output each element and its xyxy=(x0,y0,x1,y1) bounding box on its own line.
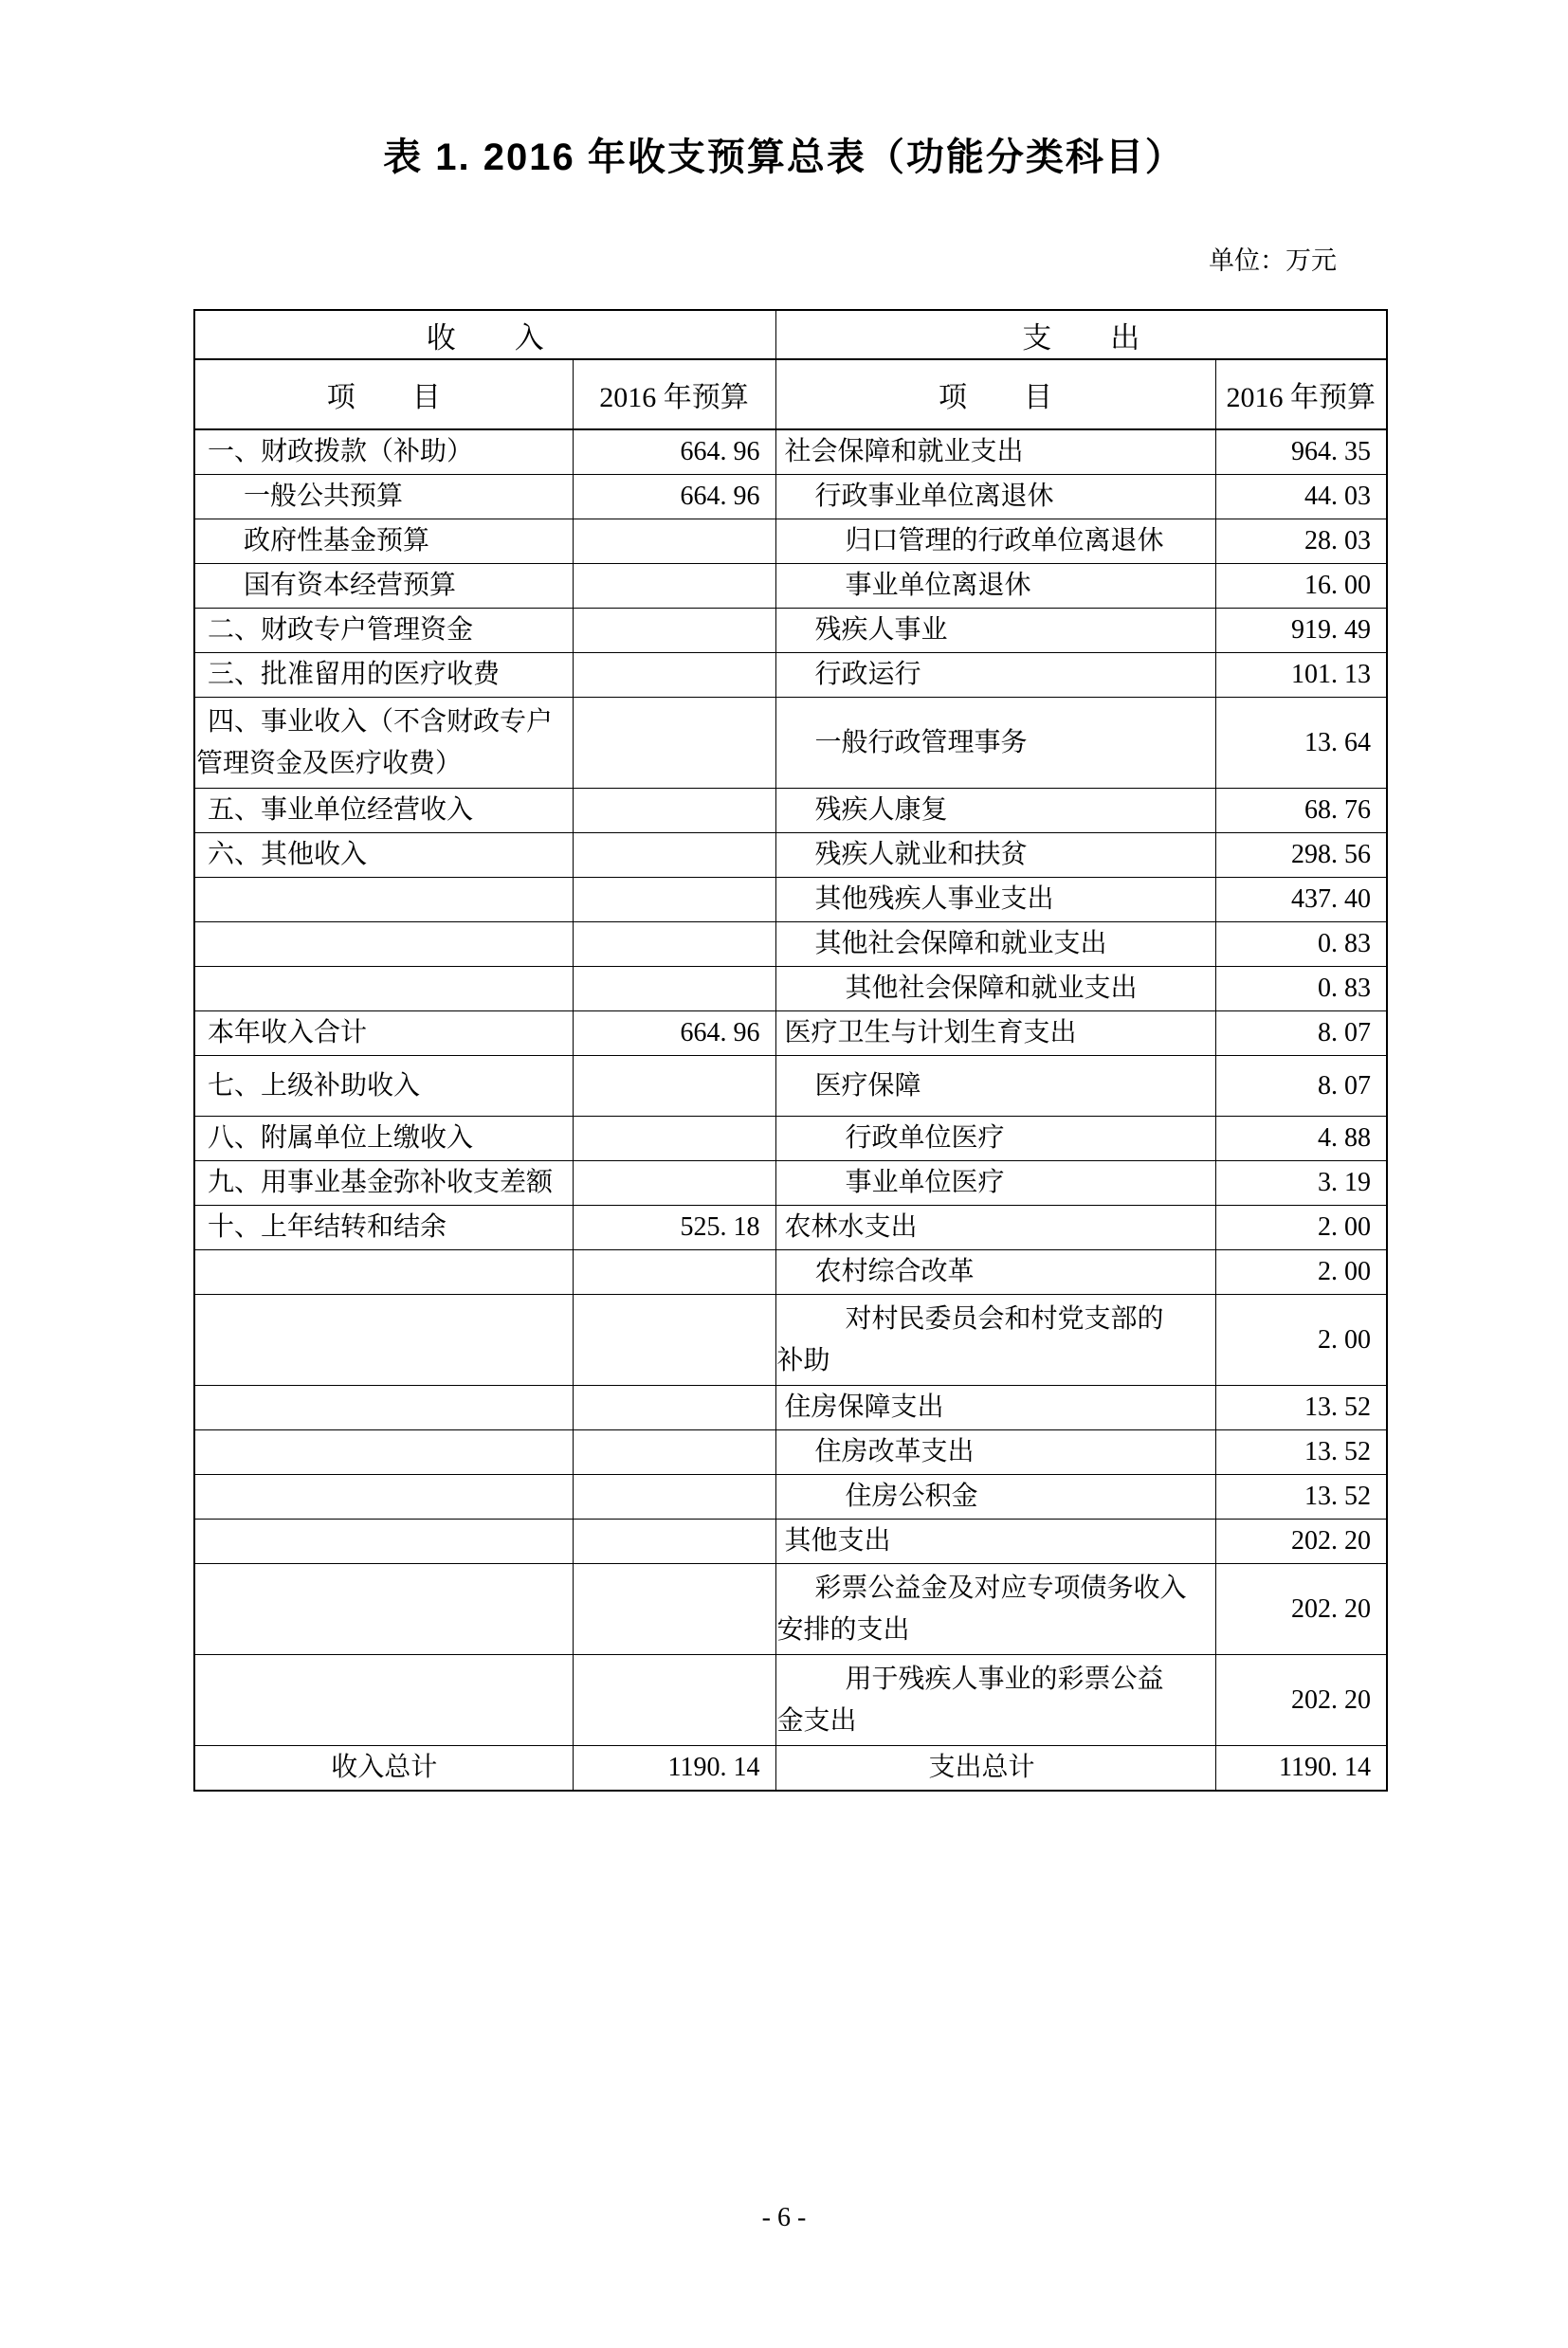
table-row: 对村民委员会和村党支部的补助 2. 00 xyxy=(194,1295,1387,1386)
income-item-cell xyxy=(194,1655,573,1746)
expense-value-cell: 68. 76 xyxy=(1215,789,1387,833)
income-item-cell: 政府性基金预算 xyxy=(194,519,573,564)
expense-item-cell: 事业单位医疗 xyxy=(775,1161,1215,1206)
document-page: { "page": { "title": "表 1. 2016 年收支预算总表（… xyxy=(0,131,1568,2348)
income-item-cell xyxy=(194,1250,573,1295)
table-row: 九、用事业基金弥补收支差额 事业单位医疗 3. 19 xyxy=(194,1161,1387,1206)
expense-value-cell: 437. 40 xyxy=(1215,878,1387,922)
income-value-cell xyxy=(573,1430,775,1475)
table-row: 收入总计 1190. 14 支出总计 1190. 14 xyxy=(194,1746,1387,1792)
expense-item-cell: 归口管理的行政单位离退休 xyxy=(775,519,1215,564)
expense-value-cell: 298. 56 xyxy=(1215,833,1387,878)
income-item-cell xyxy=(194,1475,573,1520)
expense-value-cell: 8. 07 xyxy=(1215,1011,1387,1056)
income-value-cell xyxy=(573,1475,775,1520)
income-value-cell xyxy=(573,609,775,653)
expense-value-cell: 13. 52 xyxy=(1215,1386,1387,1430)
income-value-cell xyxy=(573,519,775,564)
expense-item-cell: 残疾人就业和扶贫 xyxy=(775,833,1215,878)
table-row: 五、事业单位经营收入 残疾人康复 68. 76 xyxy=(194,789,1387,833)
expense-item-cell: 农林水支出 xyxy=(775,1206,1215,1250)
income-item-cell: 五、事业单位经营收入 xyxy=(194,789,573,833)
table-row: 农村综合改革 2. 00 xyxy=(194,1250,1387,1295)
table-row: 四、事业收入（不含财政专户管理资金及医疗收费） 一般行政管理事务 13. 64 xyxy=(194,698,1387,789)
expense-item-cell: 彩票公益金及对应专项债务收入安排的支出 xyxy=(775,1564,1215,1655)
expense-value-cell: 4. 88 xyxy=(1215,1117,1387,1161)
table-row: 住房改革支出 13. 52 xyxy=(194,1430,1387,1475)
expense-value-cell: 919. 49 xyxy=(1215,609,1387,653)
expense-item-cell: 住房改革支出 xyxy=(775,1430,1215,1475)
page-number: - 6 - xyxy=(0,2203,1568,2233)
income-value-cell xyxy=(573,967,775,1011)
table-row: 六、其他收入 残疾人就业和扶贫 298. 56 xyxy=(194,833,1387,878)
expense-item-cell: 残疾人事业 xyxy=(775,609,1215,653)
expense-value-cell: 28. 03 xyxy=(1215,519,1387,564)
income-value-cell xyxy=(573,564,775,609)
table-row: 政府性基金预算 归口管理的行政单位离退休 28. 03 xyxy=(194,519,1387,564)
expense-item-cell: 事业单位离退休 xyxy=(775,564,1215,609)
income-value-cell xyxy=(573,1386,775,1430)
expense-item-cell: 其他残疾人事业支出 xyxy=(775,878,1215,922)
table-row: 其他残疾人事业支出 437. 40 xyxy=(194,878,1387,922)
expense-value-cell: 101. 13 xyxy=(1215,653,1387,698)
table-row: 国有资本经营预算 事业单位离退休 16. 00 xyxy=(194,564,1387,609)
income-item-cell xyxy=(194,922,573,967)
table-row: 其他社会保障和就业支出 0. 83 xyxy=(194,922,1387,967)
income-value-cell xyxy=(573,1161,775,1206)
expense-value-cell: 0. 83 xyxy=(1215,967,1387,1011)
income-item-cell: 本年收入合计 xyxy=(194,1011,573,1056)
expense-value-cell: 202. 20 xyxy=(1215,1655,1387,1746)
income-item-cell xyxy=(194,1564,573,1655)
income-value-cell: 664. 96 xyxy=(573,475,775,519)
table-row: 三、批准留用的医疗收费 行政运行 101. 13 xyxy=(194,653,1387,698)
expense-value-cell: 13. 52 xyxy=(1215,1430,1387,1475)
income-item-cell xyxy=(194,878,573,922)
income-value-cell: 525. 18 xyxy=(573,1206,775,1250)
income-item-cell: 七、上级补助收入 xyxy=(194,1056,573,1117)
expense-value-cell: 16. 00 xyxy=(1215,564,1387,609)
expense-item-cell: 残疾人康复 xyxy=(775,789,1215,833)
expense-item-cell: 一般行政管理事务 xyxy=(775,698,1215,789)
expense-value-cell: 964. 35 xyxy=(1215,429,1387,475)
income-item-cell: 二、财政专户管理资金 xyxy=(194,609,573,653)
income-value-cell xyxy=(573,1295,775,1386)
table-row: 一般公共预算 664. 96 行政事业单位离退休 44. 03 xyxy=(194,475,1387,519)
income-value-cell xyxy=(573,1655,775,1746)
income-item-cell: 八、附属单位上缴收入 xyxy=(194,1117,573,1161)
expense-item-cell: 住房公积金 xyxy=(775,1475,1215,1520)
expense-item-cell: 社会保障和就业支出 xyxy=(775,429,1215,475)
table-row: 七、上级补助收入 医疗保障 8. 07 xyxy=(194,1056,1387,1117)
table-row: 住房公积金 13. 52 xyxy=(194,1475,1387,1520)
income-item-cell: 十、上年结转和结余 xyxy=(194,1206,573,1250)
income-item-cell: 四、事业收入（不含财政专户管理资金及医疗收费） xyxy=(194,698,573,789)
expense-value-cell: 2. 00 xyxy=(1215,1250,1387,1295)
income-item-cell xyxy=(194,1430,573,1475)
expense-value-cell: 3. 19 xyxy=(1215,1161,1387,1206)
income-value-cell: 664. 96 xyxy=(573,1011,775,1056)
budget-table: 收 入 支 出 项 目 2016 年预算 项 目 2016 年预算 一、财政拨款… xyxy=(193,309,1388,1792)
table-row: 彩票公益金及对应专项债务收入安排的支出 202. 20 xyxy=(194,1564,1387,1655)
expense-value-cell: 1190. 14 xyxy=(1215,1746,1387,1792)
table-row: 十、上年结转和结余 525. 18 农林水支出 2. 00 xyxy=(194,1206,1387,1250)
income-value-cell xyxy=(573,698,775,789)
expense-item-cell: 住房保障支出 xyxy=(775,1386,1215,1430)
expense-item-cell: 农村综合改革 xyxy=(775,1250,1215,1295)
income-value-cell xyxy=(573,922,775,967)
expense-item-cell: 用于残疾人事业的彩票公益金支出 xyxy=(775,1655,1215,1746)
page-title: 表 1. 2016 年收支预算总表（功能分类科目） xyxy=(0,131,1568,184)
income-value-cell: 1190. 14 xyxy=(573,1746,775,1792)
expense-item-cell: 行政运行 xyxy=(775,653,1215,698)
expense-item-cell: 对村民委员会和村党支部的补助 xyxy=(775,1295,1215,1386)
income-value-cell: 664. 96 xyxy=(573,429,775,475)
expense-section-header: 支 出 xyxy=(775,310,1387,359)
income-item-cell xyxy=(194,1520,573,1564)
income-value-cell xyxy=(573,1250,775,1295)
table-row: 住房保障支出 13. 52 xyxy=(194,1386,1387,1430)
expense-value-cell: 13. 52 xyxy=(1215,1475,1387,1520)
expense-item-cell: 其他支出 xyxy=(775,1520,1215,1564)
expense-value-cell: 8. 07 xyxy=(1215,1056,1387,1117)
expense-value-cell: 2. 00 xyxy=(1215,1206,1387,1250)
income-item-column-header: 项 目 xyxy=(194,359,573,429)
expense-value-cell: 0. 83 xyxy=(1215,922,1387,967)
expense-item-cell: 医疗保障 xyxy=(775,1056,1215,1117)
table-row: 其他社会保障和就业支出 0. 83 xyxy=(194,967,1387,1011)
table-row: 一、财政拨款（补助） 664. 96 社会保障和就业支出 964. 35 xyxy=(194,429,1387,475)
table-row: 二、财政专户管理资金 残疾人事业 919. 49 xyxy=(194,609,1387,653)
table-row: 八、附属单位上缴收入 行政单位医疗 4. 88 xyxy=(194,1117,1387,1161)
expense-item-cell: 支出总计 xyxy=(775,1746,1215,1792)
expense-item-cell: 其他社会保障和就业支出 xyxy=(775,922,1215,967)
income-item-cell: 国有资本经营预算 xyxy=(194,564,573,609)
income-value-cell xyxy=(573,1056,775,1117)
income-value-cell xyxy=(573,789,775,833)
expense-value-cell: 13. 64 xyxy=(1215,698,1387,789)
income-value-cell xyxy=(573,1564,775,1655)
unit-label: 单位：万元 xyxy=(0,245,1386,277)
expense-value-cell: 202. 20 xyxy=(1215,1564,1387,1655)
expense-value-cell: 2. 00 xyxy=(1215,1295,1387,1386)
income-item-cell: 一般公共预算 xyxy=(194,475,573,519)
income-value-cell xyxy=(573,1520,775,1564)
expense-value-cell: 202. 20 xyxy=(1215,1520,1387,1564)
income-item-cell xyxy=(194,967,573,1011)
expense-item-cell: 行政事业单位离退休 xyxy=(775,475,1215,519)
income-value-cell xyxy=(573,1117,775,1161)
income-value-cell xyxy=(573,878,775,922)
income-item-cell: 六、其他收入 xyxy=(194,833,573,878)
expense-budget-column-header: 2016 年预算 xyxy=(1215,359,1387,429)
expense-item-cell: 其他社会保障和就业支出 xyxy=(775,967,1215,1011)
income-section-header: 收 入 xyxy=(194,310,775,359)
expense-item-cell: 医疗卫生与计划生育支出 xyxy=(775,1011,1215,1056)
income-value-cell xyxy=(573,833,775,878)
income-item-cell xyxy=(194,1295,573,1386)
table-row: 本年收入合计 664. 96 医疗卫生与计划生育支出 8. 07 xyxy=(194,1011,1387,1056)
section-header-row: 收 入 支 出 xyxy=(194,310,1387,359)
income-item-cell: 收入总计 xyxy=(194,1746,573,1792)
income-item-cell xyxy=(194,1386,573,1430)
income-item-cell: 一、财政拨款（补助） xyxy=(194,429,573,475)
column-header-row: 项 目 2016 年预算 项 目 2016 年预算 xyxy=(194,359,1387,429)
income-budget-column-header: 2016 年预算 xyxy=(573,359,775,429)
expense-item-column-header: 项 目 xyxy=(775,359,1215,429)
table-row: 用于残疾人事业的彩票公益金支出 202. 20 xyxy=(194,1655,1387,1746)
expense-item-cell: 行政单位医疗 xyxy=(775,1117,1215,1161)
income-value-cell xyxy=(573,653,775,698)
income-item-cell: 九、用事业基金弥补收支差额 xyxy=(194,1161,573,1206)
expense-value-cell: 44. 03 xyxy=(1215,475,1387,519)
income-item-cell: 三、批准留用的医疗收费 xyxy=(194,653,573,698)
table-row: 其他支出 202. 20 xyxy=(194,1520,1387,1564)
